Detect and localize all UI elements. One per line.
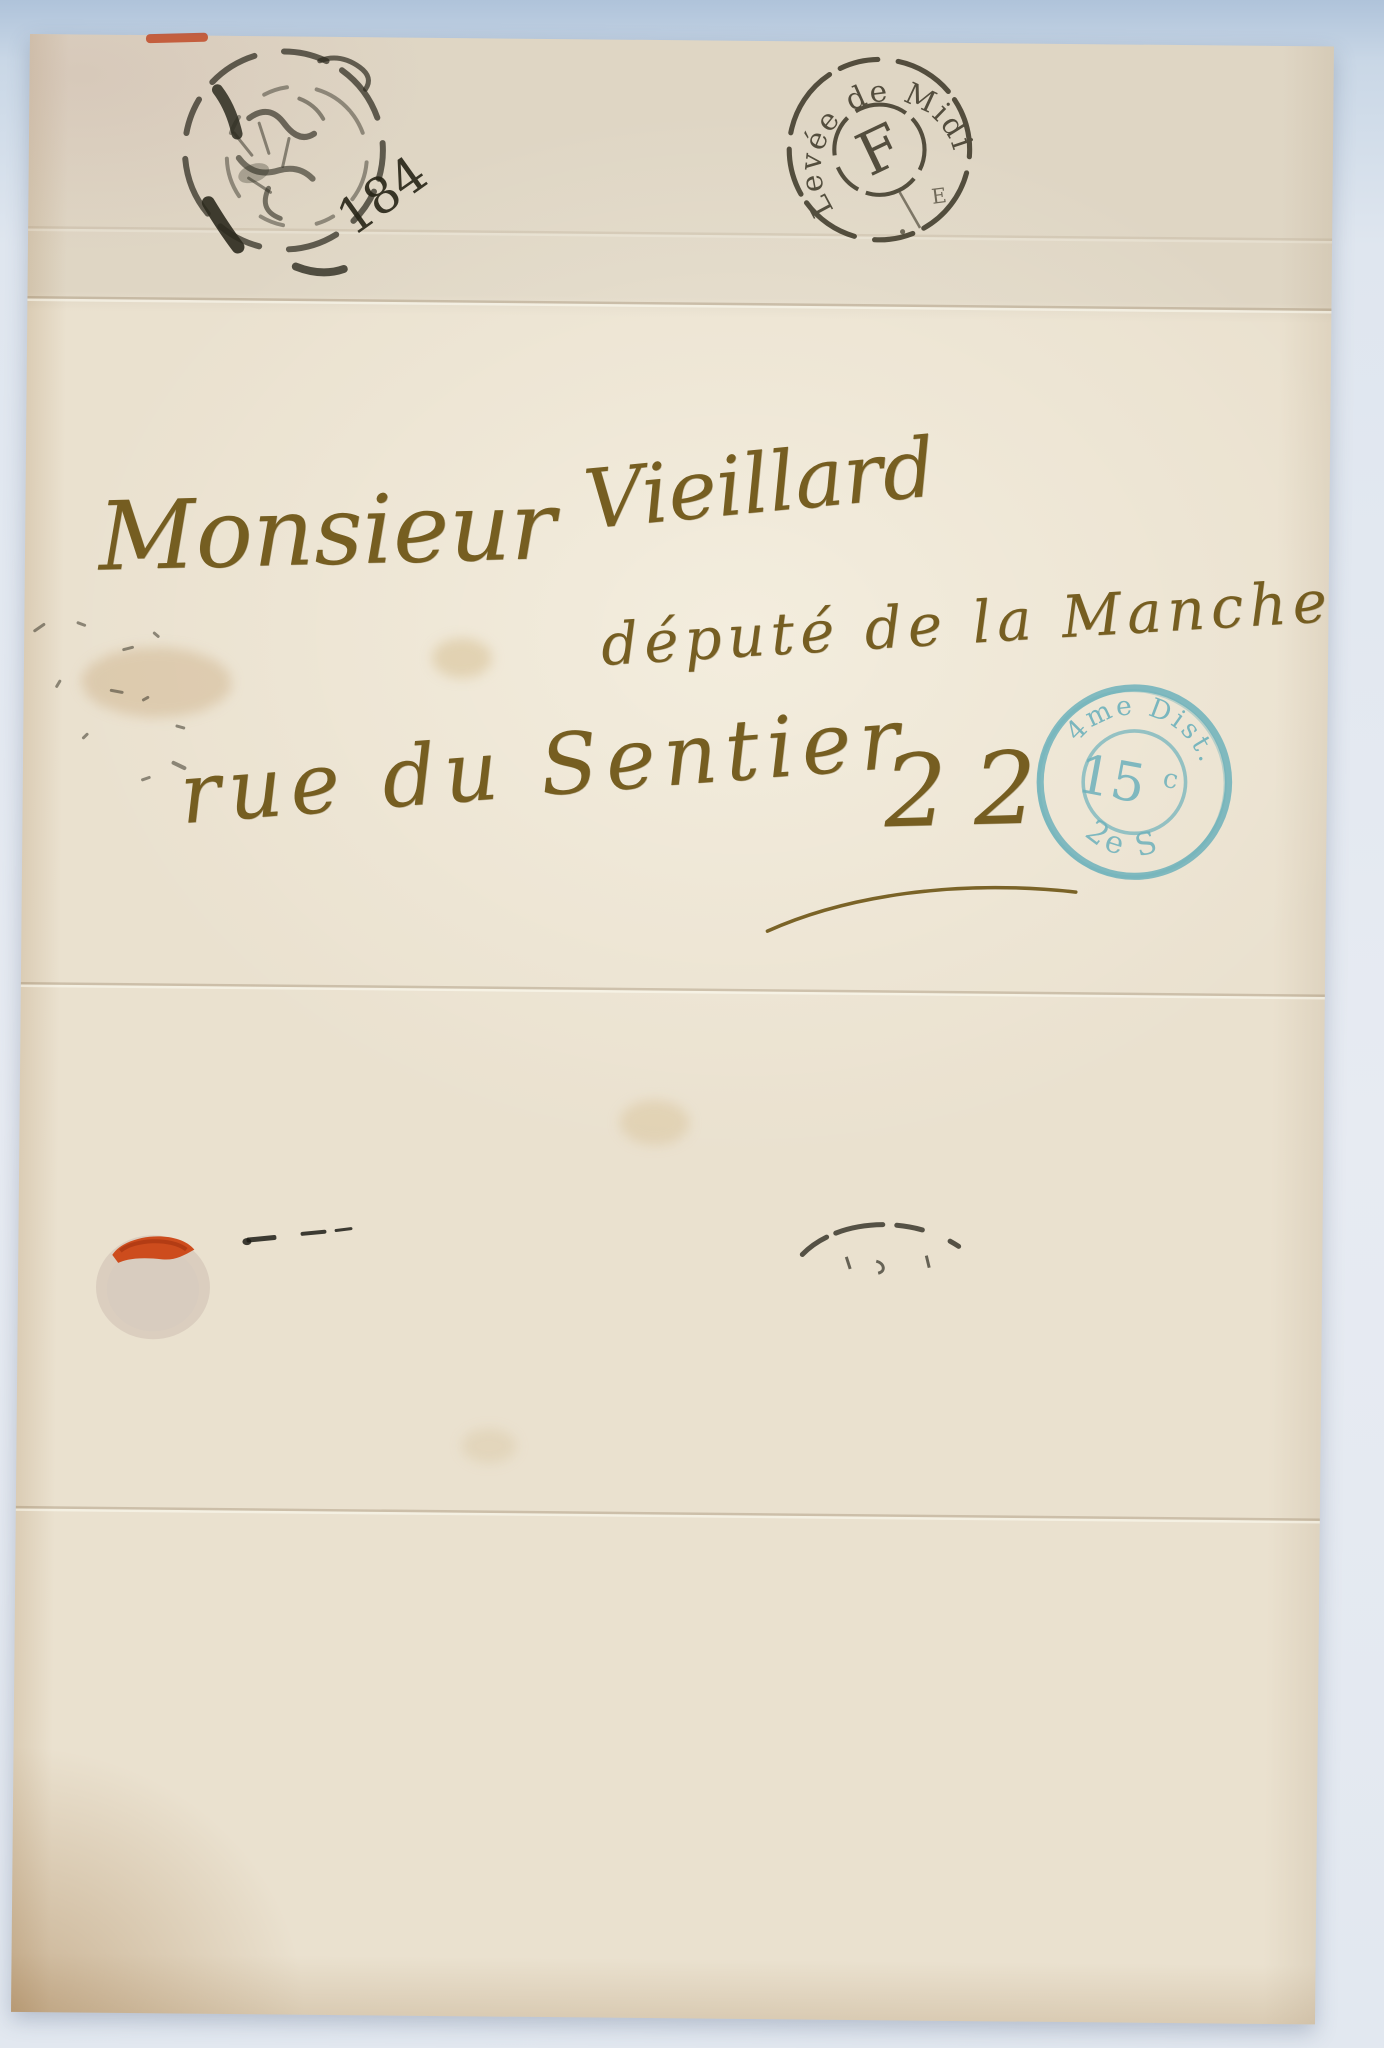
letter-paper: 184 Levée de Midi F E Monsieur Vieillard… <box>11 34 1334 2024</box>
partial-stamp-arc <box>788 1198 979 1280</box>
paper-stain <box>81 647 232 718</box>
fold-crease-lower <box>16 1506 1320 1524</box>
wax-seal-residue <box>89 1225 220 1346</box>
address-street-line: rue du Sentier <box>176 689 910 843</box>
address-title-line: député de la Manche <box>599 567 1335 679</box>
postmark-center-letter: F <box>846 111 913 191</box>
fold-crease-middle <box>21 982 1325 1000</box>
address-surname: Vieillard <box>580 421 939 549</box>
paper-stain <box>432 638 492 679</box>
blue-stamp-rate-value: 15 <box>1072 743 1150 816</box>
paper-stain <box>461 1428 516 1464</box>
svg-text:15 c: 15 c <box>1072 743 1181 822</box>
postmark-bureau-letter: E <box>930 183 948 209</box>
address-house-number: 22 <box>882 729 1064 850</box>
fold-crease-upper <box>27 296 1331 314</box>
address-salutation: Monsieur <box>97 471 557 593</box>
paper-stain <box>619 1100 689 1146</box>
postmark-levee-de-midi: Levée de Midi F E <box>776 41 983 258</box>
postmark-black-smudged: 184 <box>148 37 420 290</box>
blue-stamp-rate-suffix: c <box>1161 763 1181 796</box>
